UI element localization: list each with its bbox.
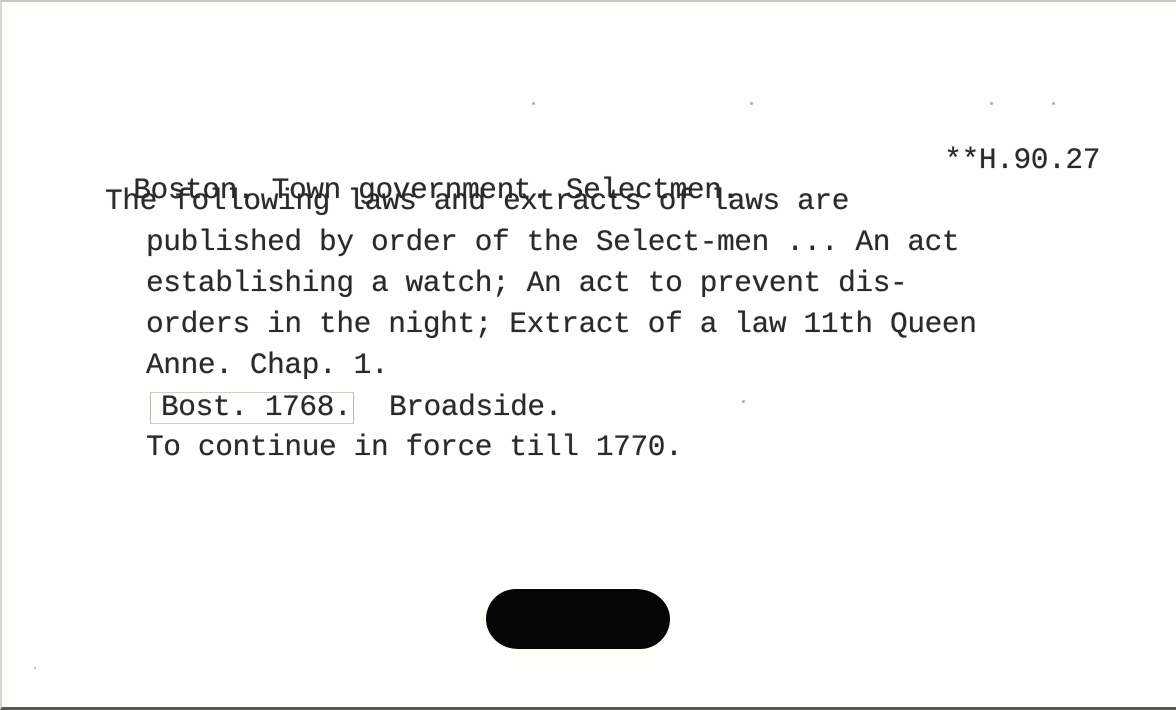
title-line: establishing a watch; An act to prevent … <box>146 269 907 299</box>
redaction-mark <box>486 589 670 649</box>
imprint-format: Broadside. <box>389 390 562 424</box>
note-line: To continue in force till 1770. <box>146 433 682 463</box>
speck-mark <box>750 102 753 105</box>
speck-mark <box>532 102 535 105</box>
speck-mark <box>742 400 745 403</box>
call-number: **H.90.27 <box>944 146 1100 176</box>
catalog-card: Boston. Town government. Selectmen. **H.… <box>0 0 1176 710</box>
title-line: The following laws and extracts of laws … <box>105 187 849 217</box>
speck-mark <box>34 667 36 669</box>
title-line: published by order of the Select-men ...… <box>146 228 959 258</box>
speck-mark <box>990 102 993 105</box>
speck-mark <box>1052 102 1055 105</box>
title-line: Anne. Chap. 1. <box>146 351 388 381</box>
title-line: orders in the night; Extract of a law 11… <box>146 310 977 340</box>
imprint-line: Bost. 1768. Broadside. <box>146 392 562 424</box>
imprint-place-date: Bost. 1768. <box>150 392 354 424</box>
